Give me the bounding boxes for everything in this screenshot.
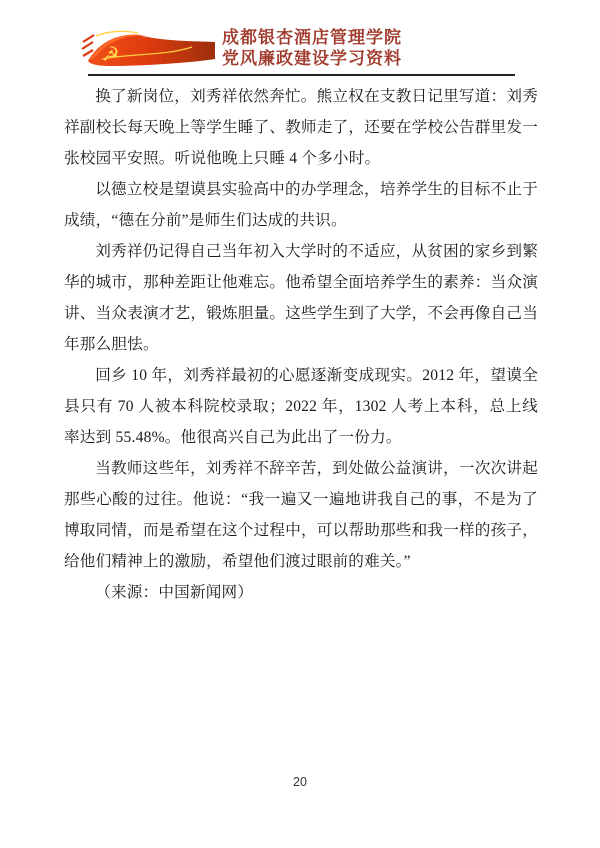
body-text: 换了新岗位，刘秀祥依然奔忙。熊立权在支教日记里写道：刘秀祥副校长每天晚上等学生睡… [64,81,538,608]
motion-stroke [82,42,93,49]
paragraph: 以德立校是望谟县实验高中的办学理念，培养学生的目标不止于成绩，“德在分前”是师生… [64,174,538,236]
hammer-sickle-icon: ☭ [102,42,120,66]
header-titles: 成都银杏酒店管理学院 党风廉政建设学习资料 [222,27,402,69]
motion-stroke [83,35,94,42]
header-rule [88,74,515,76]
document-page: ☭ 成都银杏酒店管理学院 党风廉政建设学习资料 换了新岗位，刘秀祥依然奔忙。熊立… [0,0,600,848]
org-title: 成都银杏酒店管理学院 [222,27,402,48]
source-line: （来源：中国新闻网） [64,577,538,608]
paragraph: 当教师这些年，刘秀祥不辞辛苦，到处做公益演讲，一次次讲起那些心酸的过往。他说：“… [64,453,538,577]
paragraph: 换了新岗位，刘秀祥依然奔忙。熊立权在支教日记里写道：刘秀祥副校长每天晚上等学生睡… [64,81,538,174]
paragraph: 回乡 10 年，刘秀祥最初的心愿逐渐变成现实。2012 年，望谟全县只有 70 … [64,360,538,453]
page-header: ☭ 成都银杏酒店管理学院 党风廉政建设学习资料 [0,0,600,78]
page-footer: 20 [0,773,600,791]
page-number: 20 [293,775,307,789]
paragraph: 刘秀祥仍记得自己当年初入大学时的不适应，从贫困的家乡到繁华的城市，那种差距让他难… [64,236,538,360]
motion-stroke [83,50,93,56]
party-flag-logo-icon: ☭ [80,28,216,70]
doc-title: 党风廉政建设学习资料 [222,48,402,69]
